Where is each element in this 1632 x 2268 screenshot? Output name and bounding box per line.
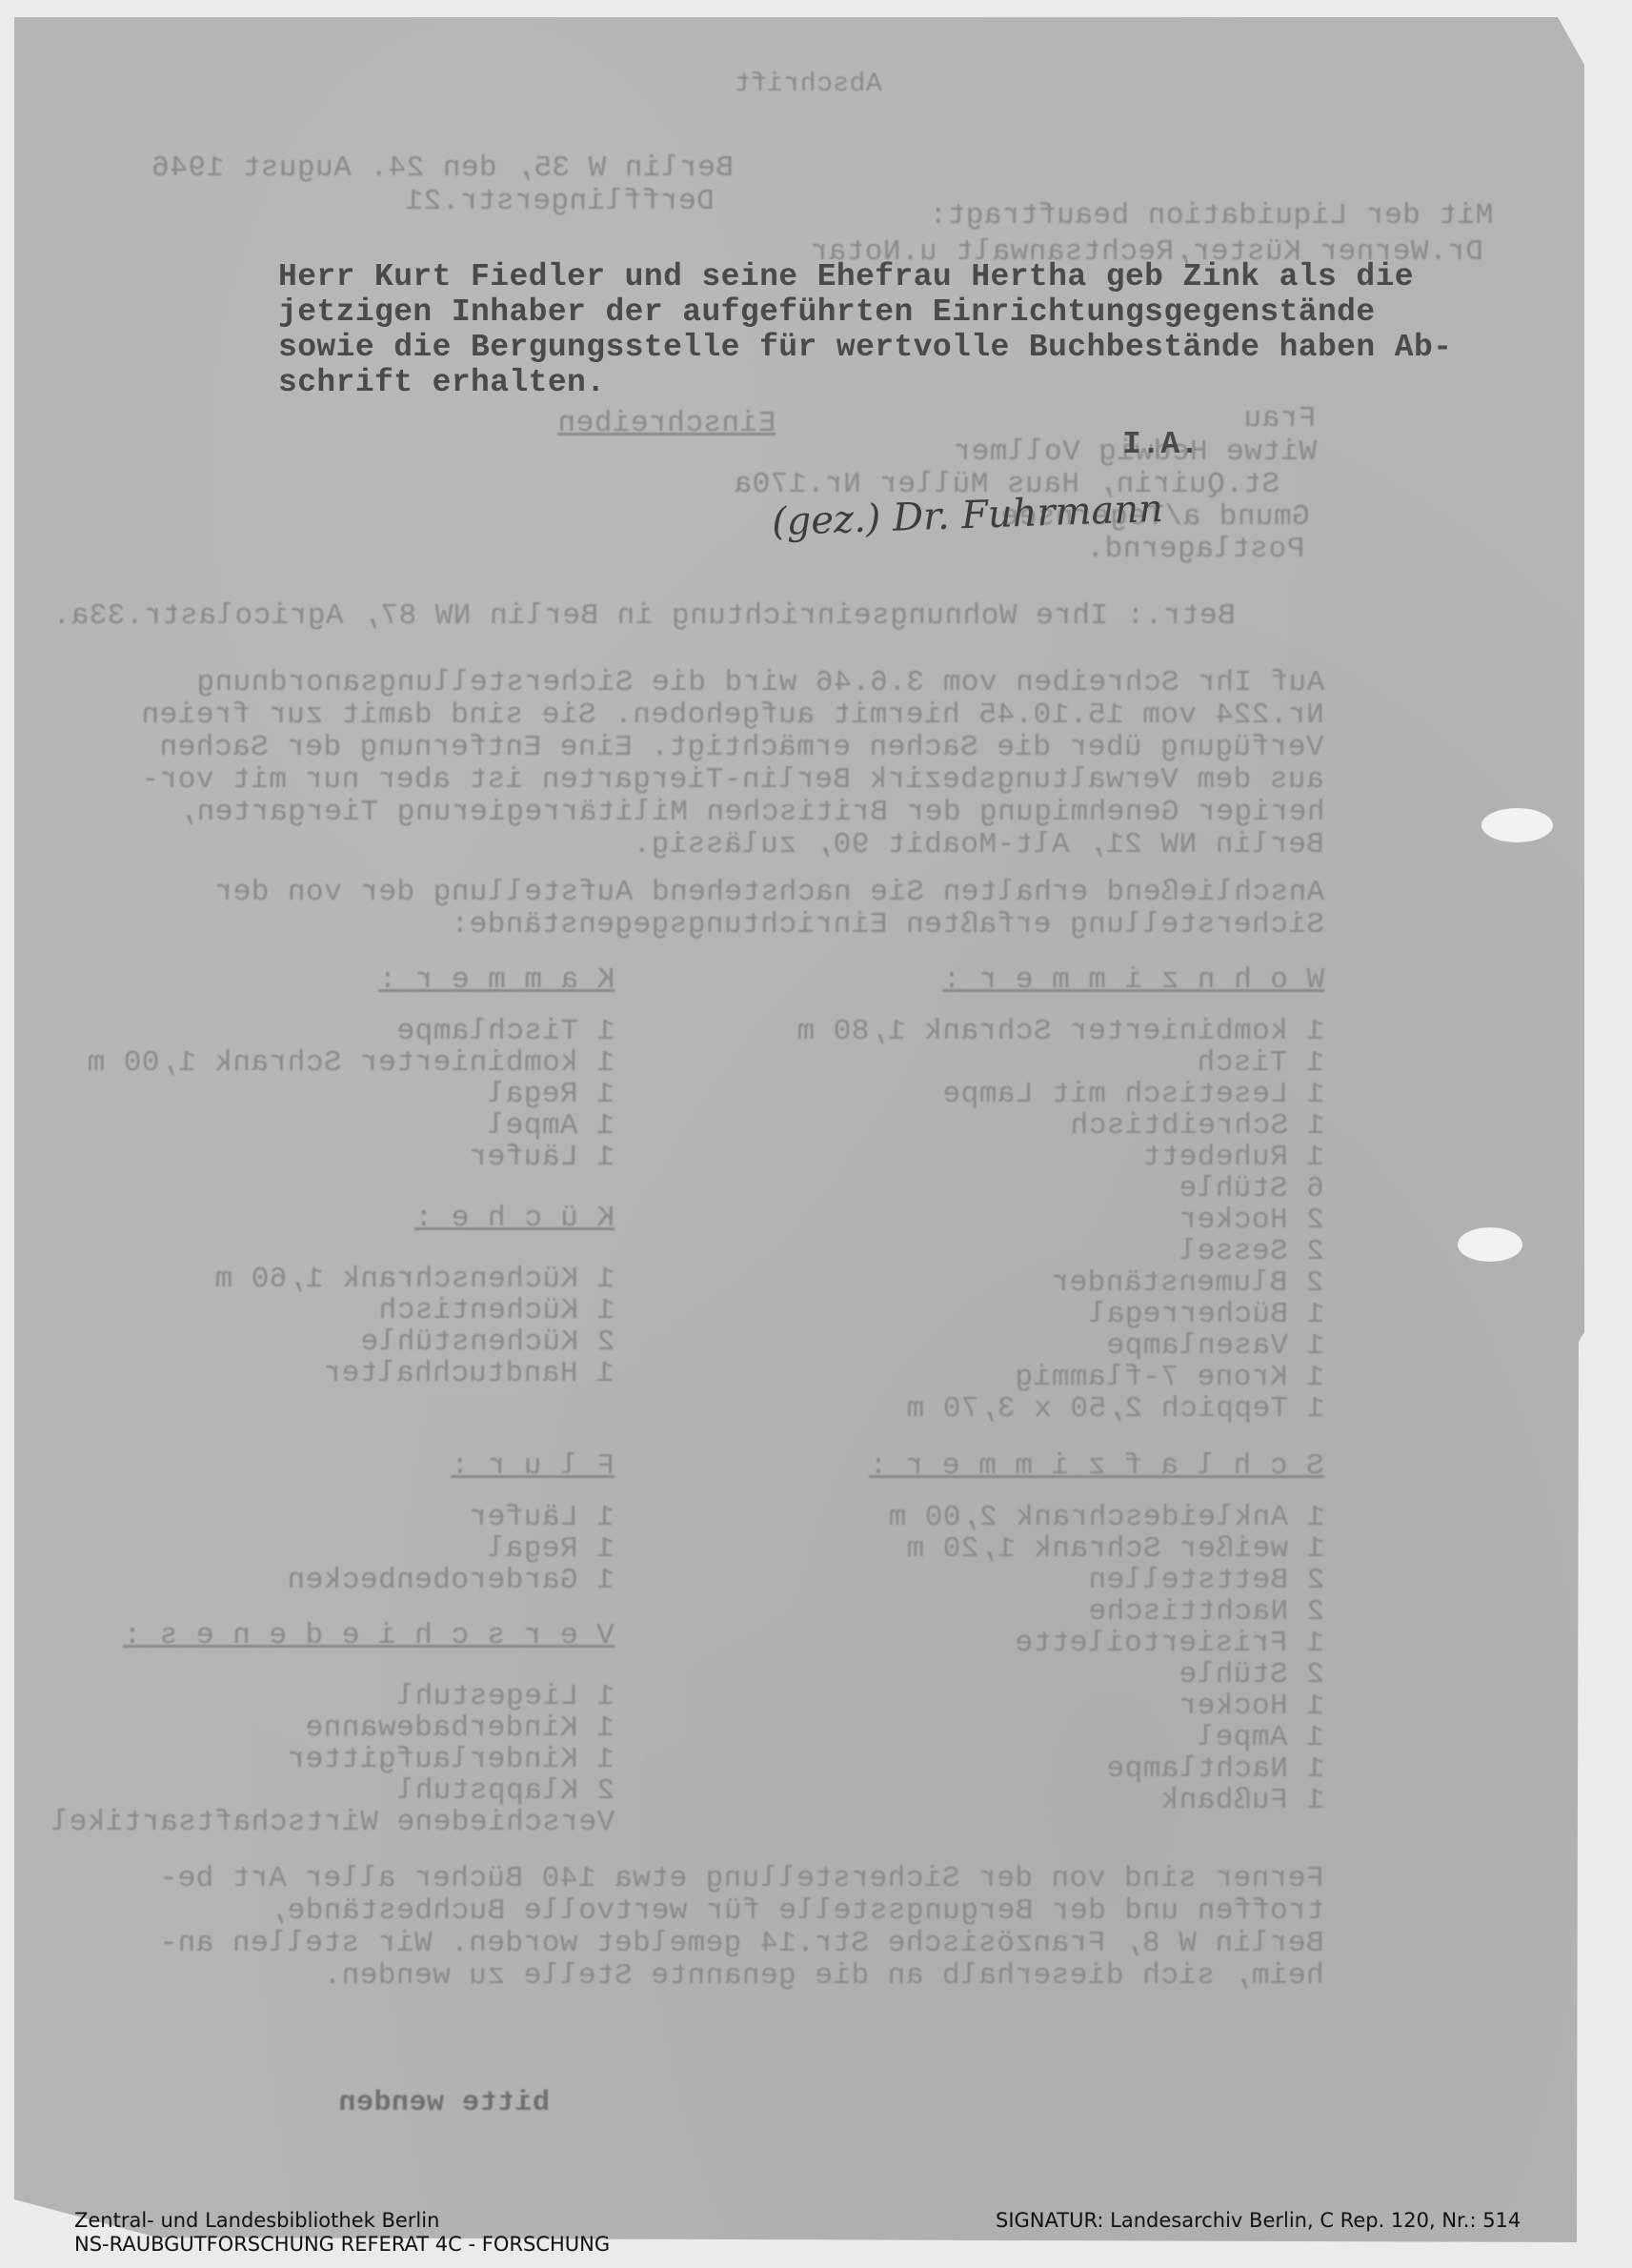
mirrored-room-item: 1 Teppich 2,50 x 3,70 m <box>906 1393 1324 1426</box>
mirrored-room-item: 1 Läufer <box>469 1142 615 1174</box>
footer-department: NS-RAUBGUTFORSCHUNG REFERAT 4C - FORSCHU… <box>74 2233 610 2257</box>
footer-signature-ref: SIGNATUR: Landesarchiv Berlin, C Rep. 12… <box>996 2209 1521 2233</box>
signature-prefix: I.A. <box>1122 427 1199 462</box>
mirrored-room-item: 1 Nachtlampe <box>1106 1753 1324 1786</box>
mirrored-room-item: 1 Frisiertoilette <box>1015 1628 1324 1660</box>
mirrored-room-item: 1 Hocker <box>1179 1691 1324 1723</box>
mirrored-turn-over: bitte wenden <box>338 2087 550 2119</box>
mirrored-room-heading: S c h l a f z i m m e r : <box>869 1450 1324 1483</box>
notice-line-4: schrift erhalten. <box>278 365 605 400</box>
mirrored-room-item: 1 Ruhebett <box>1142 1142 1324 1174</box>
mirrored-paragraph-1-line: Berlin NW 21, Alt-Moabit 90, zulässig. <box>633 829 1324 861</box>
mirrored-recipient-0: Frau <box>1243 403 1316 435</box>
mirrored-paragraph-1-line: Verfügung über die Sachen ermächtigt. Ei… <box>159 732 1324 764</box>
mirrored-street: Derfflingerstr.21 <box>405 186 715 218</box>
mirrored-room-item: 1 Bücherregal <box>1088 1299 1324 1331</box>
mirrored-room-heading: W o h n z i m m e r : <box>942 964 1324 997</box>
mirrored-room-item: 2 Nachttische <box>1088 1596 1324 1629</box>
mirrored-room-item: 1 kombinierter Schrank 1,00 m <box>87 1047 615 1080</box>
mirrored-room-item: 2 Küchenstühle <box>360 1326 615 1359</box>
mirrored-room-item: 1 Liegestuhl <box>396 1681 615 1713</box>
mirrored-room-item: 6 Stühle <box>1179 1173 1324 1205</box>
mirrored-room-item: 2 Klappstuhl <box>396 1775 615 1808</box>
mirrored-room-item: 1 Garderobenbecken <box>287 1565 615 1597</box>
mirrored-room-item: 1 Läufer <box>469 1502 615 1534</box>
notice-line-2: jetzigen Inhaber der aufgeführten Einric… <box>278 294 1376 330</box>
mirrored-room-item: 1 Küchentisch <box>378 1295 615 1327</box>
mirrored-room-heading: V e r s c h i e d e n e s : <box>123 1620 615 1652</box>
mirrored-room-item: 2 Hocker <box>1179 1205 1324 1237</box>
punch-hole-upper <box>1481 808 1553 842</box>
mirrored-paragraph-3-line: troffen und der Bergungsstelle für wertv… <box>269 1895 1324 1928</box>
mirrored-room-item: 2 Bettstellen <box>1088 1565 1324 1597</box>
mirrored-paragraph-1-line: Auf Ihr Schreiben vom 3.6.46 wird die Si… <box>196 667 1324 699</box>
mirrored-paragraph-2-line: Anschließend erhalten Sie nachstehend Au… <box>214 877 1324 909</box>
punch-hole-lower <box>1458 1227 1522 1262</box>
footer-library: Zentral- und Landesbibliothek Berlin <box>74 2209 439 2233</box>
mirrored-room-item: 1 kombinierter Schrank 1,80 m <box>796 1016 1324 1048</box>
mirrored-room-item: 2 Sessel <box>1179 1236 1324 1268</box>
mirrored-room-item: 1 Regal <box>487 1079 615 1111</box>
mirrored-registered: Einschreiben <box>557 408 776 440</box>
mirrored-recipient-4: Postlagernd. <box>1086 534 1304 566</box>
mirrored-subject: Betr.: Ihre Wohnungseinrichtung in Berli… <box>52 600 1236 633</box>
mirrored-room-item: 2 Blumenständer <box>1051 1267 1324 1300</box>
mirrored-paragraph-1-line: heriger Genehmigung der Britischen Milit… <box>178 797 1325 829</box>
mirrored-liquidator-1: Mit der Liquidation beauftragt: <box>929 200 1493 233</box>
mirrored-room-item: 1 Vasenlampe <box>1106 1330 1324 1363</box>
notice-line-3: sowie die Bergungsstelle für wertvolle B… <box>278 330 1452 365</box>
mirrored-paragraph-3-line: Ferner sind von der Sicherstellung etwa … <box>159 1863 1324 1895</box>
mirrored-paragraph-3-line: heim, sich dieserhalb an die genannte St… <box>323 1960 1324 1993</box>
mirrored-heading: Abschrift <box>734 69 882 101</box>
mirrored-room-item: 1 Fußbank <box>1160 1785 1324 1817</box>
mirrored-paragraph-2-line: Sicherstellung erfaßten Einrichtungsgege… <box>451 909 1324 942</box>
mirrored-room-item: 1 Küchenschrank 1,60 m <box>214 1264 615 1296</box>
mirrored-room-heading: F l u r : <box>451 1450 615 1483</box>
mirrored-paragraph-1-line: aus dem Verwaltungsbezirk Berlin-Tiergar… <box>141 764 1324 797</box>
notice-line-1: Herr Kurt Fiedler und seine Ehefrau Hert… <box>278 259 1414 294</box>
mirrored-room-item: 1 Kinderbadewanne <box>305 1712 615 1745</box>
mirrored-room-item: 1 Ankleideschrank 2,00 m <box>888 1502 1324 1534</box>
mirrored-room-item: 1 Regal <box>487 1533 615 1566</box>
mirrored-room-item: 1 Schreibtisch <box>1070 1110 1324 1143</box>
mirrored-room-item: 1 Krone 7-flammig <box>1015 1362 1324 1394</box>
mirrored-room-item: 1 Handtuchhalter <box>323 1358 615 1390</box>
mirrored-room-item: 2 Stühle <box>1179 1659 1324 1691</box>
mirrored-place-date: Berlin W 35, den 24. August 1946 <box>124 152 734 185</box>
mirrored-room-heading: K ü c h e : <box>414 1203 615 1235</box>
mirrored-room-item: Verschiedene Wirtschaftsartikel <box>50 1807 615 1839</box>
mirrored-room-heading: K a m m e r : <box>378 964 615 997</box>
mirrored-room-item: 1 Kinderlaufgitter <box>287 1744 615 1776</box>
mirrored-room-item: 1 weißer Schrank 1,20 m <box>906 1533 1324 1566</box>
mirrored-room-item: 1 Tischlampe <box>396 1016 615 1048</box>
mirrored-room-item: 1 Tisch <box>1197 1047 1324 1080</box>
mirrored-room-item: 1 Ampel <box>487 1110 615 1143</box>
mirrored-room-item: 1 Ampel <box>1197 1722 1324 1754</box>
mirrored-room-item: 1 Lesetisch mit Lampe <box>942 1079 1324 1111</box>
mirrored-paragraph-3-line: Berlin W 8, Französische Str.14 gemeldet… <box>159 1928 1324 1960</box>
mirrored-paragraph-1-line: Nr.224 vom 15.10.45 hiermit aufgehoben. … <box>141 699 1324 732</box>
